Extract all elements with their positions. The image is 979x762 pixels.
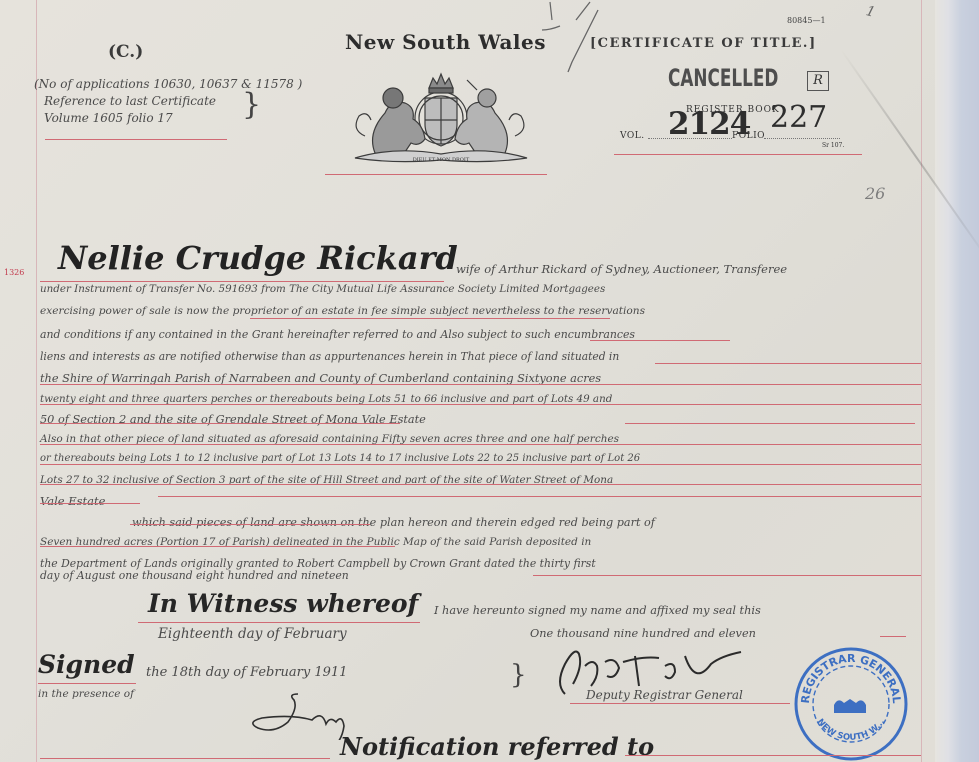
signed-date: the 18th day of February 1911 — [146, 665, 347, 680]
folio-dotted-line — [764, 138, 840, 139]
brace-glyph: } — [242, 96, 261, 113]
body-rule-7 — [40, 404, 921, 405]
body-line-10: or thereabouts being Lots 1 to 12 inclus… — [40, 453, 640, 464]
body-line-1: wife of Arthur Rickard of Sydney, Auctio… — [456, 262, 787, 276]
svg-text:DIEU ET MON DROIT: DIEU ET MON DROIT — [413, 157, 470, 163]
svg-text:REGISTRAR GENERAL: REGISTRAR GENERAL — [799, 652, 903, 704]
form-code: (C.) — [108, 42, 143, 62]
witness-rule — [138, 622, 420, 623]
reference-block: (No of applications 10630, 10637 & 11578… — [34, 76, 302, 127]
right-margin-rule — [921, 0, 922, 762]
notification-rule-right — [625, 755, 921, 756]
signatory-rule — [570, 703, 790, 704]
body-rule-12a — [40, 503, 140, 504]
proprietor-rule — [40, 281, 444, 282]
body-rule-3 — [250, 318, 610, 319]
last-certificate-line: Reference to last Certificate — [34, 93, 302, 110]
reference-rule — [45, 139, 227, 140]
signed-rule — [38, 683, 136, 684]
title-rule — [614, 154, 862, 155]
body-rule-6 — [40, 384, 921, 385]
margin-reference-number: 1326 — [4, 268, 24, 277]
body-line-2: under Instrument of Transfer No. 591693 … — [40, 283, 605, 295]
crest-rule — [325, 174, 547, 175]
applications-line: (No of applications 10630, 10637 & 11578… — [34, 76, 302, 93]
body-line-5: liens and interests as are notified othe… — [40, 350, 619, 363]
signed-heading: Signed — [38, 650, 135, 679]
volume-label: VOL. — [620, 131, 645, 141]
body-line-12: Vale Estate — [40, 494, 105, 508]
body-line-16: day of August one thousand eight hundred… — [40, 569, 349, 582]
royal-coat-of-arms-icon: DIEU ET MON DROIT — [335, 58, 545, 166]
body-rule-5 — [655, 363, 921, 364]
notification-rule-left — [40, 758, 330, 759]
body-rule-9 — [40, 444, 921, 445]
body-rule-8b — [625, 423, 915, 424]
body-line-13: which said pieces of land are shown on t… — [132, 516, 655, 529]
scan-background-strip — [935, 0, 979, 762]
certificate-title: [CERTIFICATE OF TITLE.] — [590, 36, 817, 51]
cancelled-initial-box: R — [807, 71, 829, 91]
folio-number: 227 — [770, 100, 827, 135]
form-number: 80845—1 — [787, 16, 826, 25]
proprietor-name: Nellie Crudge Rickard — [58, 239, 458, 277]
body-rule-16 — [533, 575, 921, 576]
volume-folio-line: Volume 1605 folio 17 — [34, 110, 302, 127]
small-form-code: Sr 107. — [822, 142, 844, 149]
jurisdiction-title: New South Wales — [345, 30, 546, 54]
pencil-note-26: 26 — [865, 184, 885, 203]
notification-heading: Notification referred to — [340, 732, 654, 761]
body-rule-14 — [40, 546, 395, 547]
in-presence-of: in the presence of — [38, 688, 134, 700]
body-rule-13 — [130, 524, 370, 525]
body-line-4: and conditions if any contained in the G… — [40, 328, 635, 341]
body-line-8: 50 of Section 2 and the site of Grendale… — [40, 413, 426, 426]
witness-year-rule — [880, 636, 906, 637]
witness-line-1: I have hereunto signed my name and affix… — [434, 604, 761, 617]
registrar-general-seal-icon: REGISTRAR GENERAL NEW SOUTH W... — [792, 645, 910, 762]
body-rule-4 — [590, 340, 730, 341]
body-rule-11 — [40, 484, 921, 485]
body-rule-10 — [40, 464, 921, 465]
svg-text:NEW SOUTH W...: NEW SOUTH W... — [815, 717, 887, 743]
body-rule-12b — [158, 496, 921, 497]
witness-date-words: Eighteenth day of February — [158, 626, 347, 642]
deputy-registrar-general-title: Deputy Registrar General — [586, 688, 743, 702]
folio-label: FOLIO — [732, 131, 765, 141]
body-rule-8a — [40, 423, 400, 424]
body-line-3: exercising power of sale is now the prop… — [40, 305, 645, 317]
cancelled-stamp: CANCELLED — [668, 64, 778, 92]
in-witness-heading: In Witness whereof — [148, 589, 418, 618]
